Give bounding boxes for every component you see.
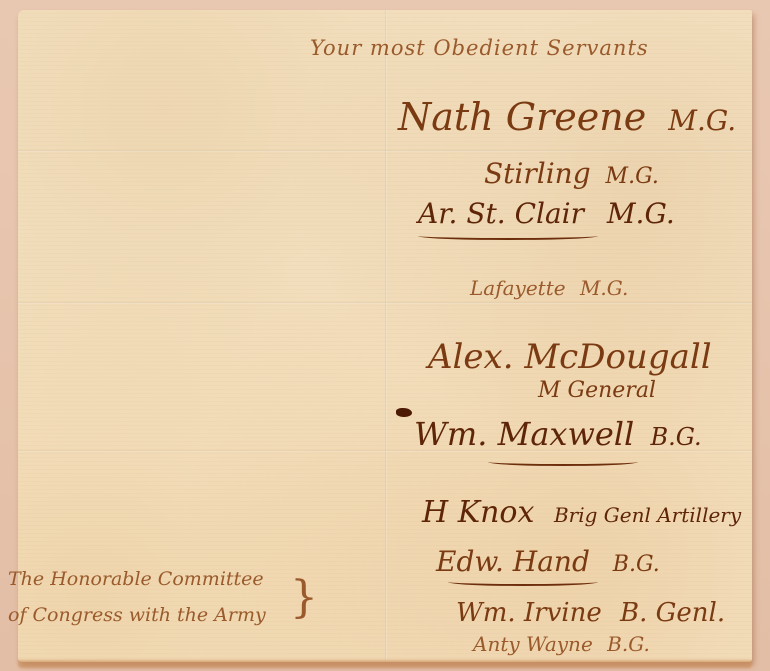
signature-rank: B.G. — [613, 552, 660, 577]
signature-name: H Knox — [422, 495, 534, 530]
signature-maxwell: Wm. Maxwell B.G. — [414, 418, 702, 450]
signature-wayne: Anty Wayne B.G. — [473, 634, 650, 654]
signature-greene: Nath Greene M.G. — [398, 98, 736, 136]
signature-rank: M.G. — [668, 104, 736, 137]
signature-knox: H Knox Brig Genl Artillery — [422, 498, 741, 528]
signature-rank: B. Genl. — [620, 598, 725, 628]
signature-mcdougall: Alex. McDougall — [428, 340, 712, 374]
horizontal-fold-line — [18, 302, 752, 304]
signature-name: Nath Greene — [398, 95, 646, 139]
document-page: Your most Obedient Servants Nath Greene … — [18, 10, 752, 662]
address-line-2: of Congress with the Army — [8, 606, 266, 625]
signature-hand: Edw. Hand B.G. — [436, 548, 660, 576]
signature-rank: M.G. — [580, 276, 628, 300]
address-brace: } — [290, 576, 318, 620]
signature-name: Edw. Hand — [436, 545, 590, 578]
signature-name: Alex. McDougall — [428, 337, 712, 377]
signature-rank: B.G. — [607, 632, 650, 656]
signature-rank: M.G. — [606, 164, 659, 189]
underline-flourish — [488, 458, 638, 466]
signature-name: Anty Wayne — [473, 632, 593, 656]
signature-name: Wm. Irvine — [456, 598, 602, 628]
signature-rank: M.G. — [607, 197, 675, 230]
underline-flourish — [448, 578, 598, 586]
signature-mcdougall-rank: M General — [538, 380, 656, 402]
address-line-1: The Honorable Committee — [8, 570, 264, 589]
signature-name: Ar. St. Clair — [418, 197, 584, 230]
signature-name: Lafayette — [470, 276, 566, 300]
signature-st-clair: Ar. St. Clair M.G. — [418, 200, 675, 228]
underline-flourish — [418, 232, 598, 240]
ink-blot — [396, 408, 412, 417]
signature-rank: B.G. — [650, 423, 701, 451]
signature-name: Wm. Maxwell — [414, 415, 634, 453]
signature-stirling: Stirling M.G. — [484, 160, 659, 188]
closing-salutation: Your most Obedient Servants — [310, 38, 649, 59]
signature-lafayette: Lafayette M.G. — [470, 278, 628, 298]
vertical-fold-line — [385, 10, 387, 662]
signature-irvine: Wm. Irvine B. Genl. — [456, 600, 725, 626]
signature-name: Stirling — [484, 157, 591, 190]
signature-rank: Brig Genl Artillery — [554, 503, 741, 527]
horizontal-fold-line — [18, 150, 752, 152]
